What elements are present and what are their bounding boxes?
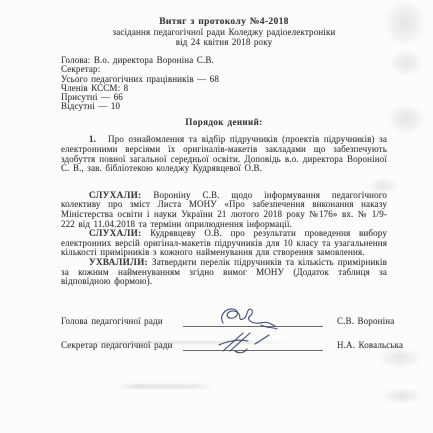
meta-line-chair: Голова: В.о. директора Вороніна С.В. <box>61 56 387 65</box>
signature-role: Секретар педагогічної ради <box>61 341 179 351</box>
paragraph-label: УХВАЛИЛИ: <box>89 257 148 267</box>
paragraph-sluhaly-2: СЛУХАЛИ: Кудрявцеву О.В. про результати … <box>61 229 387 258</box>
meta-block: Голова: В.о. директора Вороніна С.В. Сек… <box>61 56 387 112</box>
signature-name: Н.А. Ковальська <box>337 341 427 351</box>
signature-row-secretary: Секретар педагогічної ради Н.А. Ковальсь… <box>61 331 387 351</box>
chair-signature-scribble <box>211 304 289 330</box>
signature-line <box>183 312 323 327</box>
signature-line <box>183 336 323 351</box>
meta-line-absent: Відсутні — 10 <box>61 102 387 111</box>
scan-artifact <box>384 0 426 46</box>
signature-row-chair: Голова педагогічної ради С.В. Вороніна <box>61 307 387 327</box>
paragraph-label: СЛУХАЛИ: <box>89 190 142 200</box>
document-body: Витяг з протоколу №4-2018 засідання педа… <box>61 17 387 355</box>
scan-artifact <box>382 388 422 404</box>
secretary-signature-scribble <box>211 330 289 354</box>
document-page: Витяг з протоколу №4-2018 засідання педа… <box>0 0 433 433</box>
scan-artifact <box>118 384 213 389</box>
document-subtitle-line2: від 24 квітня 2018 року <box>61 37 387 47</box>
document-title: Витяг з протоколу №4-2018 <box>61 17 387 27</box>
signature-name: С.В. Вороніна <box>337 317 427 327</box>
agenda-item-1: 1.Про ознайомлення та відбір підручників… <box>61 135 387 173</box>
signature-role: Голова педагогічної ради <box>61 317 179 327</box>
paragraph-label: СЛУХАЛИ: <box>89 228 142 238</box>
paragraph-sluhaly-1: СЛУХАЛИ: Вороніну С.В. щодо інформування… <box>61 191 387 229</box>
document-subtitle-line1: засідання педагогічної ради Коледжу раді… <box>61 27 387 37</box>
agenda-heading: Порядок денний: <box>61 118 387 128</box>
agenda-item-number: 1. <box>89 134 96 144</box>
paragraph-uhvalyly: УХВАЛИЛИ: Затвердити перелік підручників… <box>61 258 387 287</box>
scan-artifact <box>390 50 422 76</box>
agenda-item-text: Про ознайомлення та відбір підручників (… <box>61 134 387 173</box>
signature-block: Голова педагогічної ради С.В. Вороніна С… <box>61 307 387 351</box>
document-header: Витяг з протоколу №4-2018 засідання педа… <box>61 17 387 47</box>
scan-artifact <box>387 104 425 134</box>
